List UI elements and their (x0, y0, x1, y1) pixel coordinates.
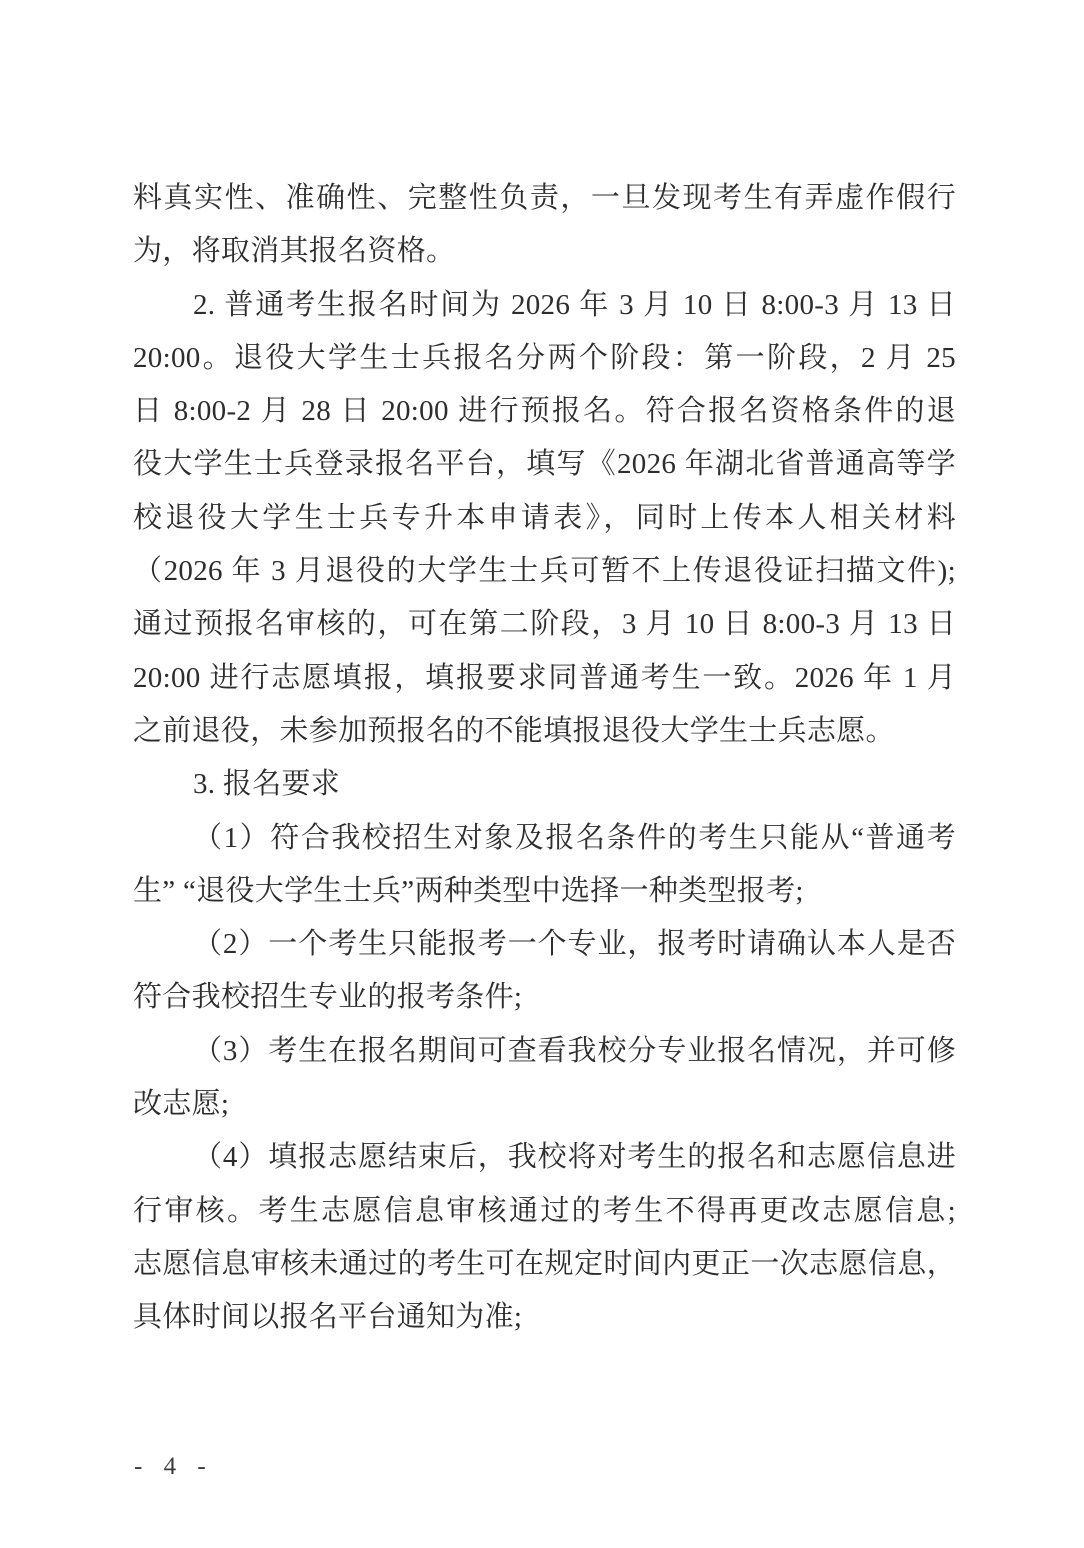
text-line: 日 8:00-2 月 28 日 20:00 进行预报名。符合报名资格条件的退 (133, 385, 956, 438)
text-line: （3）考生在报名期间可查看我校分专业报名情况，并可修 (133, 1025, 956, 1078)
text-line: 之前退役，未参加预报名的不能填报退役大学生士兵志愿。 (133, 705, 956, 758)
document-page: 料真实性、准确性、完整性负责，一旦发现考生有弄虚作假行为，将取消其报名资格。2.… (0, 0, 1084, 1548)
text-line: 改志愿; (133, 1078, 956, 1131)
text-line: （1）符合我校招生对象及报名条件的考生只能从“普通考 (133, 812, 956, 865)
text-line: 役大学生士兵登录报名平台，填写《2026 年湖北省普通高等学 (133, 438, 956, 491)
text-line: 符合我校招生专业的报考条件; (133, 971, 956, 1024)
page-number: - 4 - (134, 1453, 209, 1481)
text-line: （2026 年 3 月退役的大学生士兵可暂不上传退役证扫描文件); (133, 545, 956, 598)
text-line: 为，将取消其报名资格。 (133, 225, 956, 278)
text-line: 3. 报名要求 (133, 758, 956, 811)
text-line: 料真实性、准确性、完整性负责，一旦发现考生有弄虚作假行 (133, 172, 956, 225)
text-line: （4）填报志愿结束后，我校将对考生的报名和志愿信息进 (133, 1131, 956, 1184)
text-line: 2. 普通考生报名时间为 2026 年 3 月 10 日 8:00-3 月 13… (133, 279, 956, 332)
text-line: 志愿信息审核未通过的考生可在规定时间内更正一次志愿信息， (133, 1238, 956, 1291)
text-line: 20:00 进行志愿填报，填报要求同普通考生一致。2026 年 1 月 (133, 652, 956, 705)
text-line: 行审核。考生志愿信息审核通过的考生不得再更改志愿信息; (133, 1185, 956, 1238)
text-line: 校退役大学生士兵专升本申请表》，同时上传本人相关材料 (133, 492, 956, 545)
body-text: 料真实性、准确性、完整性负责，一旦发现考生有弄虚作假行为，将取消其报名资格。2.… (133, 172, 956, 1345)
text-line: （2）一个考生只能报考一个专业，报考时请确认本人是否 (133, 918, 956, 971)
text-line: 生” “退役大学生士兵”两种类型中选择一种类型报考; (133, 865, 956, 918)
text-line: 20:00。退役大学生士兵报名分两个阶段：第一阶段，2 月 25 (133, 332, 956, 385)
text-line: 通过预报名审核的，可在第二阶段，3 月 10 日 8:00-3 月 13 日 (133, 598, 956, 651)
text-line: 具体时间以报名平台通知为准; (133, 1291, 956, 1344)
